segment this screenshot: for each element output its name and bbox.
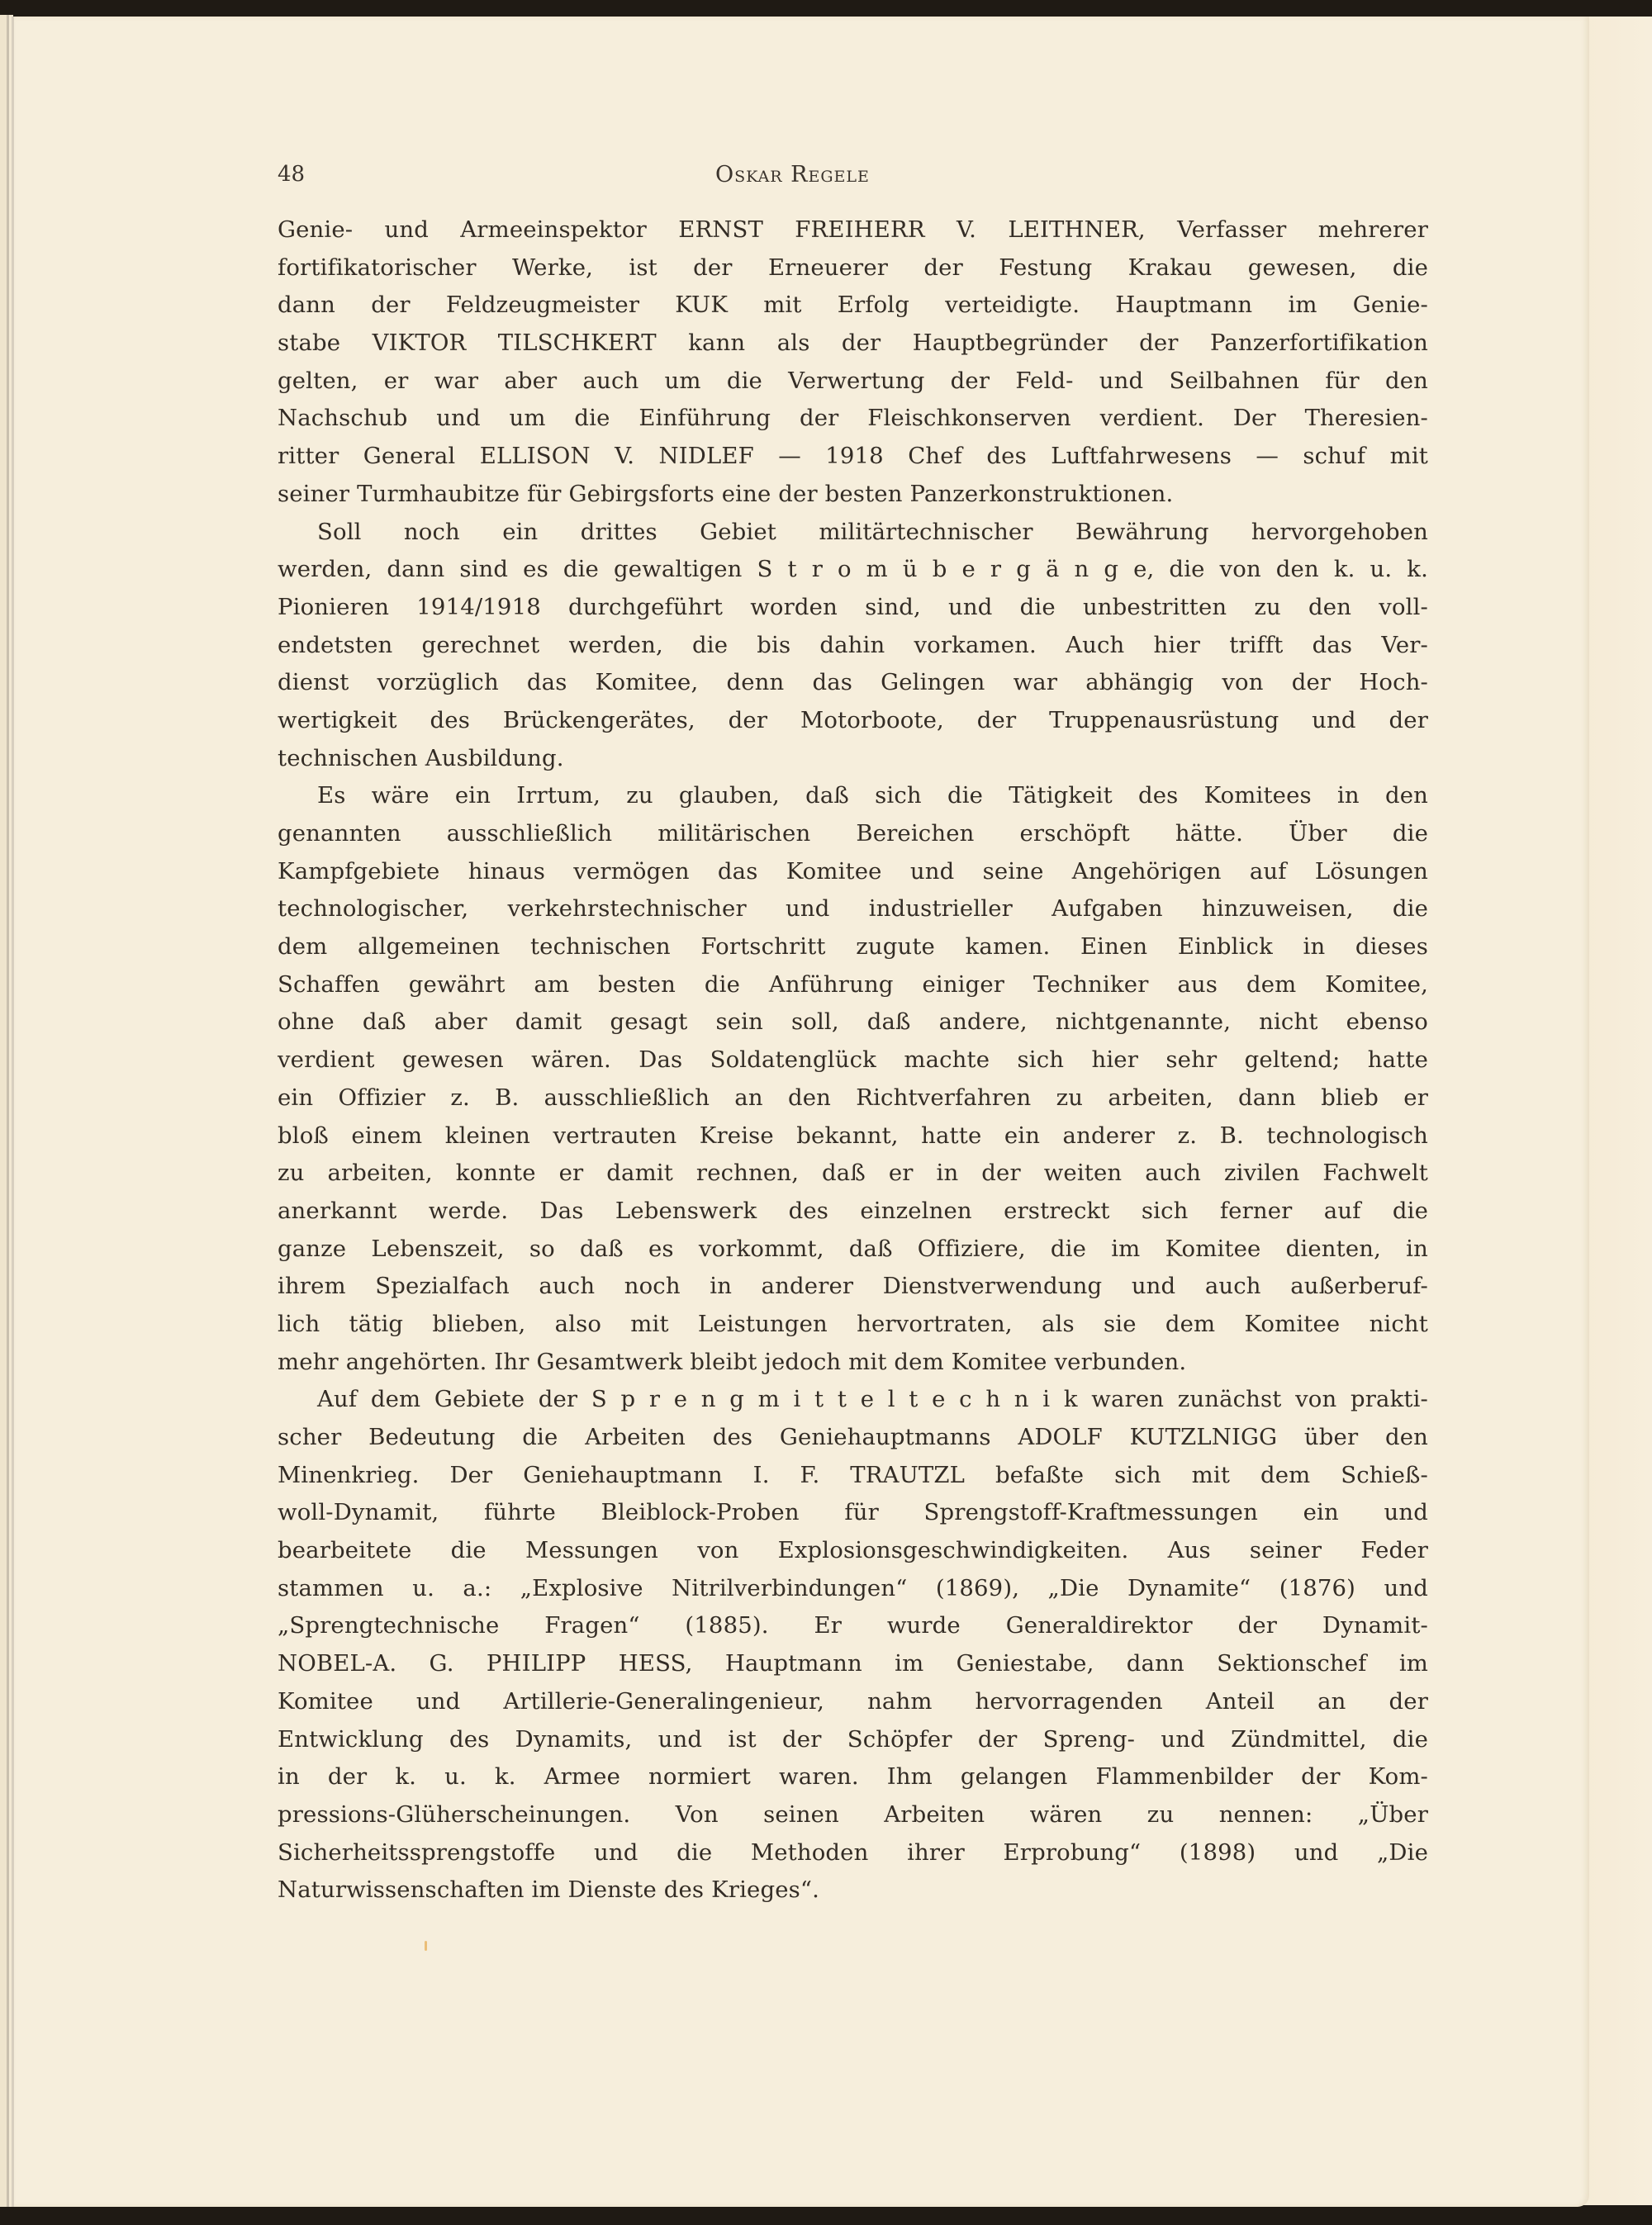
text-line: technischen Ausbildung. [278, 740, 1428, 778]
text-line: anerkannt werde. Das Lebenswerk des einz… [278, 1193, 1428, 1231]
text-line: lich tätig blieben, also mit Leistungen … [278, 1306, 1428, 1344]
page-number: 48 [278, 162, 305, 187]
text-line: gelten, er war aber auch um die Verwertu… [278, 363, 1428, 401]
text-line: „Sprengtechnische Fragen“ (1885). Er wur… [278, 1607, 1428, 1645]
running-head: 48 Oskar Regele [278, 162, 1426, 195]
text-line: Naturwissenschaften im Dienste des Krieg… [278, 1872, 1428, 1910]
paragraph-start: Es wäre ein Irrtum, zu glauben, daß sich… [278, 777, 1428, 815]
text-line: zu arbeiten, konnte er damit rechnen, da… [278, 1155, 1428, 1193]
text-line: in der k. u. k. Armee normiert waren. Ih… [278, 1758, 1428, 1796]
text-line: ohne daß aber damit gesagt sein soll, da… [278, 1003, 1428, 1041]
text-line: bearbeitete die Messungen von Explosions… [278, 1532, 1428, 1570]
scan-border-top [0, 0, 1652, 17]
text-line: genannten ausschließlich militärischen B… [278, 815, 1428, 853]
text-line: ritter General ELLISON V. NIDLEF — 1918 … [278, 438, 1428, 476]
text-line: dann der Feldzeugmeister KUK mit Erfolg … [278, 287, 1428, 325]
text-line: ihrem Spezialfach auch noch in anderer D… [278, 1268, 1428, 1306]
text-line: Sicherheitssprengstoffe und die Methoden… [278, 1834, 1428, 1872]
text-line: ein Offizier z. B. ausschließlich an den… [278, 1079, 1428, 1117]
paragraph-start: Soll noch ein drittes Gebiet militärtech… [278, 514, 1428, 552]
text-line: Nachschub und um die Einführung der Flei… [278, 400, 1428, 438]
text-line: NOBEL-A. G. PHILIPP HESS, Hauptmann im G… [278, 1645, 1428, 1683]
text-line: dem allgemeinen technischen Fortschritt … [278, 928, 1428, 966]
text-line: wertigkeit des Brückengerätes, der Motor… [278, 702, 1428, 740]
text-line: Kampfgebiete hinaus vermögen das Komitee… [278, 853, 1428, 891]
text-line: technologischer, verkehrstechnischer und… [278, 890, 1428, 928]
running-title: Oskar Regele [715, 162, 870, 187]
text-line: seiner Turmhaubitze für Gebirgsforts ein… [278, 476, 1428, 514]
text-line: stammen u. a.: „Explosive Nitrilverbindu… [278, 1570, 1428, 1608]
text-line: Pionieren 1914/1918 durchgeführt worden … [278, 589, 1428, 627]
body-text: Genie- und Armeeinspektor ERNST FREIHERR… [278, 211, 1428, 1910]
text-line: fortifikatorischer Werke, ist der Erneue… [278, 249, 1428, 287]
text-line: ganze Lebenszeit, so daß es vorkommt, da… [278, 1231, 1428, 1269]
text-line: bloß einem kleinen vertrauten Kreise bek… [278, 1117, 1428, 1155]
text-line: Schaffen gewährt am besten die Anführung… [278, 966, 1428, 1004]
text-line: mehr angehörten. Ihr Gesamtwerk bleibt j… [278, 1344, 1428, 1382]
text-line: Komitee und Artillerie-Generalingenieur,… [278, 1683, 1428, 1721]
text-line: scher Bedeutung die Arbeiten des Genieha… [278, 1419, 1428, 1457]
text-line: dienst vorzüglich das Komitee, denn das … [278, 664, 1428, 702]
text-line: Minenkrieg. Der Geniehauptmann I. F. TRA… [278, 1457, 1428, 1495]
text-line: pressions-Glüherscheinungen. Von seinen … [278, 1796, 1428, 1834]
scan-border-bottom [0, 2207, 1652, 2225]
text-line: stabe VIKTOR TILSCHKERT kann als der Hau… [278, 325, 1428, 363]
text-line: Genie- und Armeeinspektor ERNST FREIHERR… [278, 211, 1428, 249]
text-line: werden, dann sind es die gewaltigen S t … [278, 551, 1428, 589]
text-line: endetsten gerechnet werden, die bis dahi… [278, 627, 1428, 665]
text-line: Entwicklung des Dynamits, und ist der Sc… [278, 1721, 1428, 1759]
text-line: verdient gewesen wären. Das Soldatenglüc… [278, 1041, 1428, 1079]
paper-stain [425, 1941, 427, 1951]
text-line: woll-Dynamit, führte Bleiblock-Proben fü… [278, 1494, 1428, 1532]
paragraph-start: Auf dem Gebiete der S p r e n g m i t t … [278, 1381, 1428, 1419]
